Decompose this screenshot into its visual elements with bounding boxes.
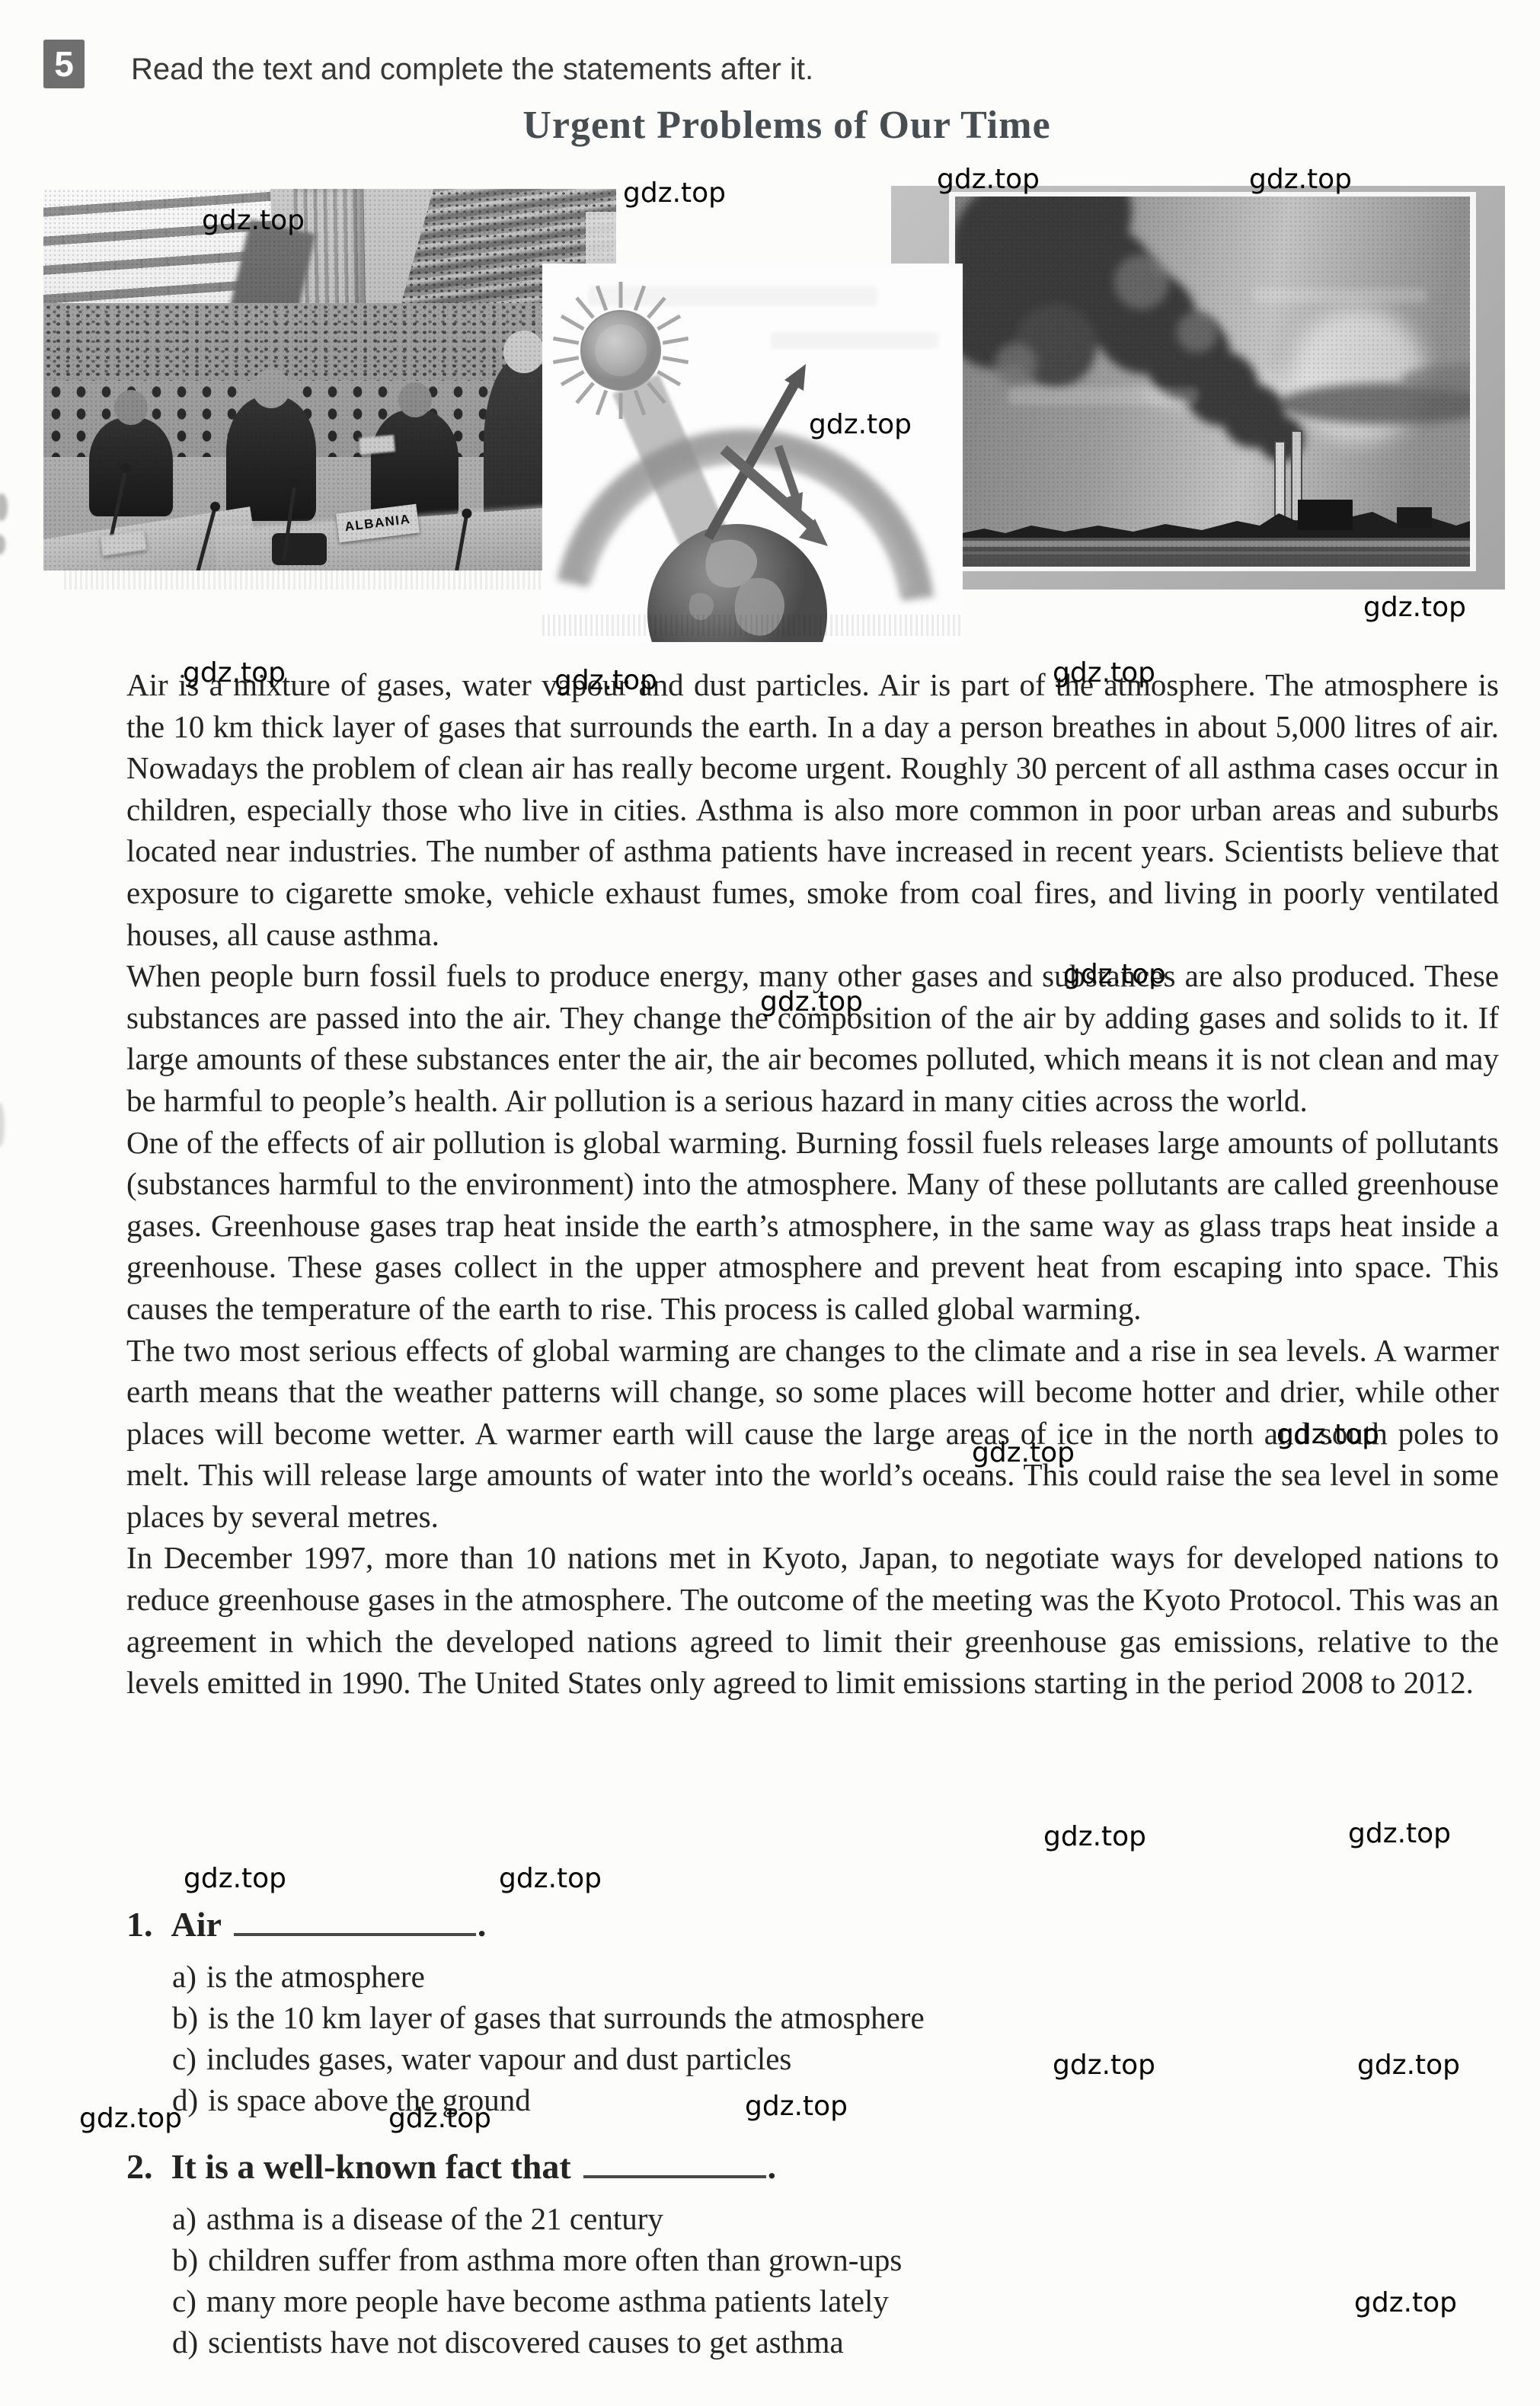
country-placard-blurred [359, 435, 395, 455]
option-text: scientists have not discovered causes to… [208, 2325, 844, 2360]
answer-options: a)asthma is a disease of the 21 centuryb… [172, 2198, 1499, 2363]
watermark: gdz.top [1053, 660, 1155, 687]
option-text: is the atmosphere [206, 1959, 425, 1994]
bleed-through-ghost [1252, 288, 1427, 303]
answer-option: c)many more people have become asthma pa… [172, 2280, 1499, 2321]
industrial-horizon [955, 507, 1470, 567]
factory-building [1298, 500, 1353, 530]
watermark: gdz.top [972, 1439, 1075, 1467]
figure-row: ALBANIA [0, 0, 1540, 655]
microphone [194, 510, 216, 570]
watermark: gdz.top [183, 660, 286, 687]
question-stem: 1.Air. [126, 1903, 1499, 1947]
answer-option: a)is the atmosphere [172, 1956, 1499, 1997]
option-text: asthma is a disease of the 21 century [206, 2201, 663, 2236]
paragraph: One of the effects of air pollution is g… [126, 1122, 1499, 1330]
article: Air is a mixture of gases, water vapour … [126, 664, 1499, 1704]
option-text: children suffer from asthma more often t… [208, 2242, 902, 2277]
watermark: gdz.top [1348, 1820, 1451, 1848]
option-text: many more people have become asthma pati… [206, 2283, 889, 2318]
scan-artifact [0, 1103, 5, 1147]
smokestack-chimney [1275, 442, 1285, 519]
question-number: 2. [126, 2147, 153, 2186]
conference-photo: ALBANIA [43, 189, 616, 570]
answer-blank [583, 2171, 766, 2178]
microphone [452, 516, 468, 570]
watermark: gdz.top [79, 2105, 182, 2133]
option-letter: a) [172, 2201, 196, 2236]
option-text: is the 10 km layer of gases that surroun… [208, 2000, 925, 2035]
watermark: gdz.top [554, 667, 657, 695]
watermark: gdz.top [184, 1865, 286, 1893]
smoke-plume [955, 197, 1304, 462]
conference-desk [43, 506, 260, 570]
delegate-figure [89, 417, 173, 516]
question-period: . [478, 1905, 487, 1944]
answer-option: a)asthma is a disease of the 21 century [172, 2198, 1499, 2239]
microphone [282, 486, 296, 562]
smokestack-photo [955, 197, 1470, 567]
option-text: includes gases, water vapour and dust pa… [206, 2041, 792, 2076]
paragraph: Air is a mixture of gases, water vapour … [126, 664, 1499, 955]
watermark: gdz.top [809, 411, 912, 439]
answer-option: d)scientists have not discovered causes … [172, 2321, 1499, 2363]
watermark: gdz.top [1043, 1823, 1146, 1851]
crowd-texture [43, 303, 616, 406]
watermark: gdz.top [1354, 2289, 1457, 2317]
page: 5 Read the text and complete the stateme… [0, 0, 1540, 2406]
smokestack-chimney [1292, 431, 1302, 521]
paragraph: When people burn fossil fuels to produce… [126, 955, 1499, 1121]
microphone [108, 471, 127, 543]
watermark: gdz.top [1249, 166, 1352, 193]
watermark: gdz.top [937, 166, 1040, 193]
answer-blank [234, 1928, 476, 1936]
dark-cloud [1279, 383, 1470, 424]
watermark: gdz.top [202, 207, 305, 235]
scan-shadow-band [64, 568, 542, 590]
watermark: gdz.top [499, 1865, 602, 1893]
answer-option: c)includes gases, water vapour and dust … [172, 2038, 1499, 2079]
delegate-figure [371, 410, 458, 520]
delegate-figure [226, 396, 316, 521]
watermark: gdz.top [623, 180, 726, 207]
watermark: gdz.top [1357, 2052, 1460, 2079]
option-letter: d) [172, 2325, 198, 2360]
greenhouse-diagram-art [542, 264, 963, 642]
bleed-through-ghost [1008, 387, 1199, 405]
smokestack-photo-mat [891, 186, 1505, 590]
greenhouse-effect-diagram [542, 264, 963, 642]
question-text: Air [171, 1905, 222, 1944]
question-number: 1. [126, 1905, 153, 1944]
question-stem: 2.It is a well-known fact that. [126, 2145, 1499, 2189]
option-letter: b) [172, 2000, 198, 2035]
paragraph: In December 1997, more than 10 nations m… [126, 1537, 1499, 1703]
option-letter: c) [172, 2041, 196, 2076]
watermark: gdz.top [388, 2105, 491, 2133]
country-placard-blurred [100, 530, 146, 556]
questions: 1.Air.a)is the atmosphereb)is the 10 km … [126, 1903, 1499, 2363]
desk-console [272, 533, 327, 565]
delegate-rows [43, 381, 616, 457]
watermark: gdz.top [1053, 2052, 1155, 2079]
option-letter: c) [172, 2283, 196, 2318]
watermark: gdz.top [745, 2093, 848, 2120]
answer-option: b)is the 10 km layer of gases that surro… [172, 1997, 1499, 2038]
watermark: gdz.top [1363, 594, 1466, 621]
answer-option: b)children suffer from asthma more often… [172, 2239, 1499, 2280]
sky-glow [1292, 308, 1426, 443]
watermark: gdz.top [760, 989, 863, 1016]
smoke-art [955, 197, 1470, 567]
watermark: gdz.top [1063, 961, 1166, 989]
factory-building [1397, 507, 1432, 528]
diagram-ground-strip [542, 615, 963, 636]
option-letter: b) [172, 2242, 198, 2277]
question-text: It is a well-known fact that [171, 2147, 571, 2186]
watermark: gdz.top [1276, 1421, 1379, 1449]
question-period: . [768, 2147, 777, 2186]
country-placard-albania: ALBANIA [336, 504, 420, 543]
option-letter: a) [172, 1959, 196, 1994]
